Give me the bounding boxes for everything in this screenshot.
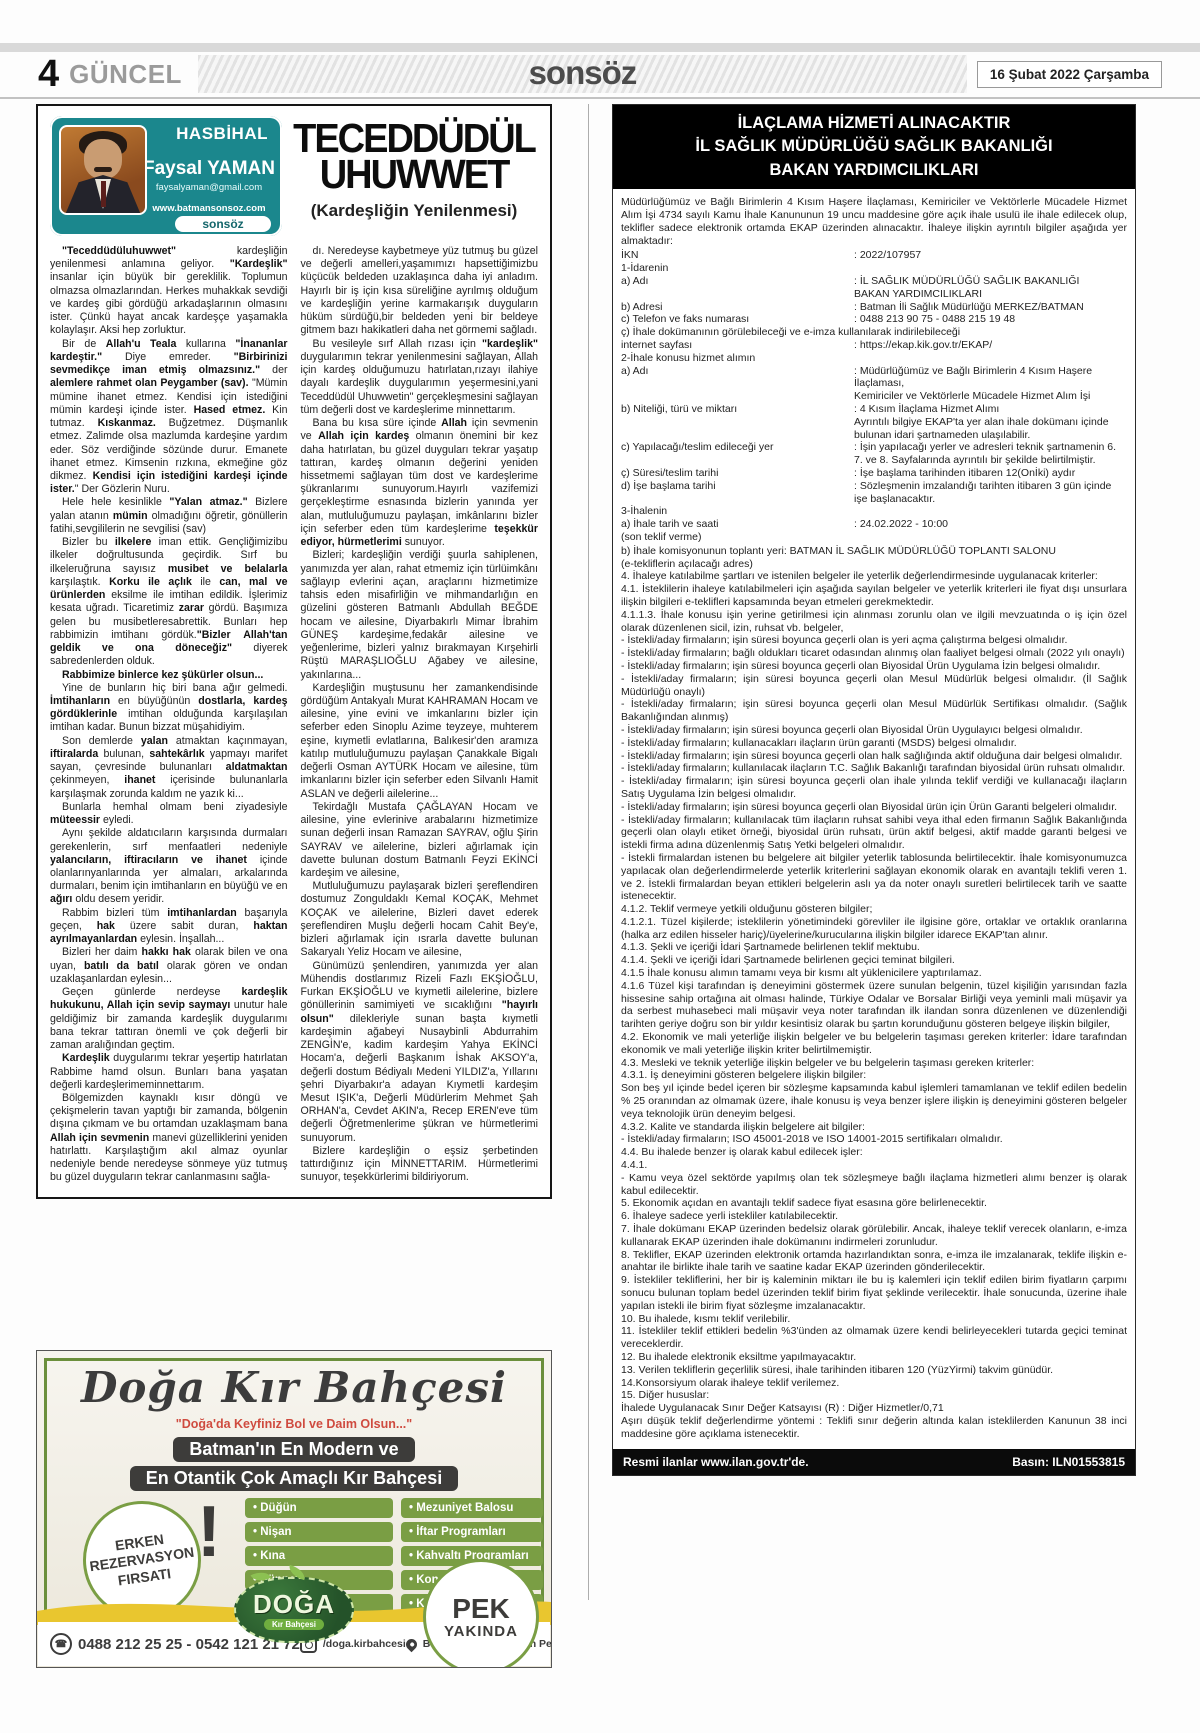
article-paragraph: Bu vesileyle sırf Allah rızası için "kar… xyxy=(301,338,539,417)
info-value: : https://ekap.kik.gov.tr/EKAP/ xyxy=(854,339,1127,352)
article-paragraph: Tekirdağlı Mustafa ÇAĞLAYAN Hocam ve ail… xyxy=(301,801,539,880)
author-card: HASBİHAL Faysal YAMAN faysalyaman@gmail.… xyxy=(50,116,282,236)
announcement-clause: 4.1.4. Şekli ve içeriği İdari Şartnamede… xyxy=(621,954,1127,967)
announcement-clause: - İstekli/aday firmaların; işin süresi b… xyxy=(621,634,1127,647)
info-value: : Müdürlüğümüz ve Bağlı Birimlerin 4 Kıs… xyxy=(854,365,1127,403)
logo-subtext: Kır Bahçesi xyxy=(264,1619,324,1630)
info-label: a) Adı xyxy=(621,365,854,403)
announcement-clause: 6. İhaleye sadece yerli istekliler katıl… xyxy=(621,1210,1127,1223)
info-label: ç) İhale dokümanının görülebileceği ve e… xyxy=(621,326,1044,339)
masthead-hatch-band: sonsöz xyxy=(198,55,967,93)
article-paragraph: Bir de Allah'u Teala kullarına "İnananla… xyxy=(50,338,288,497)
announcement-clause: 4.2. Ekonomik ve mali yeterliğe ilişkin … xyxy=(621,1031,1127,1057)
info-row: c) Yapılacağı/teslim edileceği yer : İşi… xyxy=(621,441,1127,467)
service-pill: Düğün xyxy=(245,1498,393,1518)
phone-icon: ☎ xyxy=(50,1633,72,1655)
info-value xyxy=(898,262,1127,275)
announcement-clause: - İstekli/aday firmaların; kullanılacak … xyxy=(621,762,1127,775)
announcement-clause: - İstekli/aday firmaların; işin süresi b… xyxy=(621,698,1127,724)
announcement-clause: 12. Bu ihalede elektronik eksiltme yapıl… xyxy=(621,1351,1127,1364)
info-value: : İşin yapılacağı yerler ve adresleri te… xyxy=(854,441,1127,467)
logo-text: DOĞA xyxy=(253,1591,335,1617)
announcement-clause: 4.1.2.1. Tüzel kişilerde; isteklilerin y… xyxy=(621,916,1127,942)
announcement-clause: 13. Verilen tekliflerin geçerlilik süres… xyxy=(621,1364,1127,1377)
article-paragraph: Bizleri her daim hakkı hak olarak bilen … xyxy=(50,946,288,986)
column-divider xyxy=(588,104,589,1600)
info-label: 1-İdarenin xyxy=(621,262,898,275)
soon-line1: PEK xyxy=(452,1595,510,1623)
article-paragraph: Kardeşlik duygularımı tekrar yeşertip ha… xyxy=(50,1052,288,1092)
soon-line2: YAKINDA xyxy=(444,1623,518,1640)
info-row: 3-İhalenin xyxy=(621,505,1127,518)
info-value: : Sözleşmenin imzalandığı tarihten itiba… xyxy=(854,480,1127,506)
instagram-handle: /doga.kirbahcesi xyxy=(323,1638,406,1650)
announcement-title-line3: BAKAN YARDIMCILIKLARI xyxy=(617,159,1131,182)
article-paragraph: dı. Neredeyse kaybetmeye yüz tutmuş bu g… xyxy=(301,245,539,338)
article-paragraph: Kardeşliğin muştusunu her zamankendisind… xyxy=(301,682,539,801)
article-body: "Teceddüdüluhuwwet" kardeşliğin yenilenm… xyxy=(50,245,538,1185)
info-label: (son teklif verme) xyxy=(621,531,914,544)
info-value: : Batman İli Sağlık Müdürlüğü MERKEZ/BAT… xyxy=(854,301,1127,314)
info-label: a) Adı xyxy=(621,275,854,301)
article-paragraph: Rabbim bizleri tüm imtihanlardan başarıy… xyxy=(50,907,288,947)
announcement-clause: - Kamu veya özel sektörde yapılmış olan … xyxy=(621,1172,1127,1198)
info-row: (son teklif verme) xyxy=(621,531,1127,544)
info-label: c) Yapılacağı/teslim edileceği yer xyxy=(621,441,854,467)
announcement-footer: Resmi ilanlar www.ilan.gov.tr'de. Basın:… xyxy=(613,1449,1135,1475)
announcement-info-table: İKN : 2022/107957 1-İdarenin a) Adı : İL… xyxy=(621,249,1127,543)
announcement-clause: 8. Teklifler, EKAP üzerinden elektronik … xyxy=(621,1249,1127,1275)
info-label: d) İşe başlama tarihi xyxy=(621,480,854,506)
ad-badge-line2: En Otantik Çok Amaçlı Kır Bahçesi xyxy=(130,1466,458,1491)
info-row: c) Telefon ve faks numarası : 0488 213 9… xyxy=(621,313,1127,326)
article-paragraph: Bizler bu ilkelere iman ettik. Gençliğim… xyxy=(50,536,288,668)
info-row: d) İşe başlama tarihi : Sözleşmenin imza… xyxy=(621,480,1127,506)
announcement-clause: b) İhale komisyonunun toplantı yeri: BAT… xyxy=(621,545,1127,558)
announcement-clause: - İstekli/aday firmaların; işin süresi b… xyxy=(621,775,1127,801)
issue-date: 16 Şubat 2022 Çarşamba xyxy=(977,61,1162,88)
info-value xyxy=(897,505,1127,518)
announcement-title-line2: İL SAĞLIK MÜDÜRLÜĞÜ SAĞLIK BAKANLIĞI xyxy=(617,135,1131,158)
info-value: : 0488 213 90 75 - 0488 215 19 48 xyxy=(854,313,1127,326)
doga-logo: DOĞA Kır Bahçesi xyxy=(234,1577,354,1643)
article-paragraph: Geçen günlerde nerdeyse kardeşlik hukuku… xyxy=(50,986,288,1052)
ad-badges: Batman'ın En Modern ve En Otantik Çok Am… xyxy=(37,1437,551,1491)
announcement-clause: Son beş yıl içinde bedel içeren bir sözl… xyxy=(621,1082,1127,1120)
announcement-clause: 15. Diğer hususlar: xyxy=(621,1389,1127,1402)
info-row: a) İhale tarih ve saati : 24.02.2022 - 1… xyxy=(621,518,1127,531)
announcement-clause: 4.3.1. İş deneyimini gösteren belgelere … xyxy=(621,1069,1127,1082)
service-pill: Nişan xyxy=(245,1522,393,1542)
author-name: Faysal YAMAN xyxy=(136,158,282,180)
announcement-clause: 4.4. Bu ihalede benzer iş olarak kabul e… xyxy=(621,1146,1127,1159)
masthead: 4 GÜNCEL sonsöz 16 Şubat 2022 Çarşamba xyxy=(38,55,1162,93)
article-paragraph: Günümüzü şenlendiren, yanımızda yer alan… xyxy=(301,960,539,1145)
announcement-title-line1: İLAÇLAMA HİZMETİ ALINACAKTIR xyxy=(617,112,1131,135)
announcement-clause: - İstekli/aday firmaların; işin süresi b… xyxy=(621,724,1127,737)
announcement-clause: 4.3. Mesleki ve teknik yeterliğe ilişkin… xyxy=(621,1057,1127,1070)
article-paragraph: "Teceddüdüluhuwwet" kardeşliğin yenilenm… xyxy=(50,245,288,338)
section-name: GÜNCEL xyxy=(69,59,182,90)
header-rule xyxy=(0,97,1200,99)
announcement-clause: - İstekli/aday firmaların; bağlı oldukla… xyxy=(621,647,1127,660)
announcement-title: İLAÇLAMA HİZMETİ ALINACAKTIR İL SAĞLIK M… xyxy=(613,105,1135,189)
info-row: internet sayfası : https://ekap.kik.gov.… xyxy=(621,339,1127,352)
announcement-clause: 4.1.5 İhale konusu alımın tamamı veya bi… xyxy=(621,967,1127,980)
announcement-clause: 4.1. İsteklilerin ihaleye katılabilmeler… xyxy=(621,583,1127,609)
article-paragraph: Mutluluğumuzu paylaşarak bizleri şerefle… xyxy=(301,880,539,959)
info-label: b) Niteliği, türü ve miktarı xyxy=(621,403,854,441)
announcement-clause: 10. Bu ihalede, kısmı teklif verilebilir… xyxy=(621,1313,1127,1326)
info-row: a) Adı : Müdürlüğümüz ve Bağlı Birimleri… xyxy=(621,365,1127,403)
info-value: : 24.02.2022 - 10:00 xyxy=(854,518,1127,531)
exclamation-mark: ! xyxy=(197,1491,221,1573)
advertisement-doga-kir-bahcesi: Doğa Kır Bahçesi "Doğa'da Keyfiniz Bol v… xyxy=(36,1350,552,1668)
info-label: b) Adresi xyxy=(621,301,854,314)
info-row: 2-İhale konusu hizmet alımın xyxy=(621,352,1127,365)
location-pin-icon xyxy=(403,1636,419,1652)
info-label: İKN xyxy=(621,249,854,262)
info-value xyxy=(941,352,1127,365)
info-label: internet sayfası xyxy=(621,339,854,352)
announcement-clause: 9. İstekliler tekliflerini, her bir iş k… xyxy=(621,1274,1127,1312)
page-edge-strip xyxy=(0,43,1200,52)
service-pill: Mezuniyet Balosu xyxy=(401,1498,543,1518)
official-ads-note: Resmi ilanlar www.ilan.gov.tr'de. xyxy=(623,1455,809,1469)
article-paragraph: Bizlere kardeşliğin o eşsiz şerbetinden … xyxy=(301,1145,539,1185)
article-paragraph: Son demlerde yalan atmaktan kaçınmayan, … xyxy=(50,735,288,801)
info-row: ç) Süresi/teslim tarihi : İşe başlama ta… xyxy=(621,467,1127,480)
announcement-clause: - İstekli/aday firmaların; işin süresi b… xyxy=(621,660,1127,673)
info-row: ç) İhale dokümanının görülebileceği ve e… xyxy=(621,326,1127,339)
tender-announcement: İLAÇLAMA HİZMETİ ALINACAKTIR İL SAĞLIK M… xyxy=(612,104,1136,1476)
info-value: : İşe başlama tarihinden itibaren 12(Onİ… xyxy=(854,467,1127,480)
service-pill: Kına xyxy=(245,1546,393,1566)
info-label: 2-İhale konusu hizmet alımın xyxy=(621,352,941,365)
article-paragraph: Hele hele kesinlikle "Yalan atmaz." Bizl… xyxy=(50,496,288,536)
announcement-clause: - İstekli/aday firmaların; kullanacaklar… xyxy=(621,737,1127,750)
info-value: : 4 Kısım İlaçlama Hizmet Alımı Ayrıntıl… xyxy=(854,403,1127,441)
press-reference: Basın: ILN01553815 xyxy=(1012,1455,1125,1469)
info-value: : 2022/107957 xyxy=(854,249,1127,262)
article-paragraph: Bizleri; kardeşliğin verdiği şuurla sahi… xyxy=(301,549,539,681)
announcement-clause: Aşırı düşük teklif değerlendirme yöntemi… xyxy=(621,1415,1127,1441)
headline-subtitle: (Kardeşliğin Yenilenmesi) xyxy=(290,201,538,221)
announcement-clause: 7. İhale dokümanı EKAP üzerinden bedelsi… xyxy=(621,1223,1127,1249)
info-label: ç) Süresi/teslim tarihi xyxy=(621,467,854,480)
announcement-clause: - İstekli/aday firmaların; ISO 45001-201… xyxy=(621,1133,1127,1146)
newspaper-brand-small: sonsöz xyxy=(175,216,271,232)
info-label: 3-İhalenin xyxy=(621,505,897,518)
announcement-clause: 4.1.3. Şekli ve içeriği İdari Şartnamede… xyxy=(621,941,1127,954)
announcement-clause: 4.1.1.3. İhale konusu işin yerine getiri… xyxy=(621,609,1127,635)
announcement-clause: 4.1.6 Tüzel kişi tarafından iş deneyimin… xyxy=(621,980,1127,1031)
announcement-clause: - İstekli/aday firmaların; kullanılacak … xyxy=(621,814,1127,852)
announcement-clause: - İstekli firmalardan istenen bu belgele… xyxy=(621,852,1127,903)
info-value xyxy=(1044,326,1127,339)
author-photo xyxy=(59,125,147,215)
ad-badge-line1: Batman'ın En Modern ve xyxy=(173,1437,414,1462)
info-row: 1-İdarenin xyxy=(621,262,1127,275)
info-row: b) Adresi : Batman İli Sağlık Müdürlüğü … xyxy=(621,301,1127,314)
announcement-body: Müdürlüğümüz ve Bağlı Birimlerin 4 Kısım… xyxy=(613,189,1135,1448)
announcement-clause: 4.4.1. xyxy=(621,1159,1127,1172)
service-pill: İftar Programları xyxy=(401,1522,543,1542)
article-paragraph: Yine de bunların hiç biri bana ağır gelm… xyxy=(50,682,288,735)
page-number: 4 xyxy=(38,55,59,93)
author-email: faysalyaman@gmail.com xyxy=(136,182,282,193)
newspaper-website: www.batmansonsoz.com xyxy=(136,203,282,214)
headline-line2: UHUWWET xyxy=(290,156,538,195)
announcement-clause: 4. İhaleye katılabilme şartları ve isten… xyxy=(621,570,1127,583)
article-paragraph: Bölgemizden kaynaklı kısır döngü ve çeki… xyxy=(50,1092,288,1185)
info-label: c) Telefon ve faks numarası xyxy=(621,313,854,326)
article-headline: TECEDDÜDÜL UHUWWET (Kardeşliğin Yenilenm… xyxy=(290,116,538,236)
info-row: İKN : 2022/107957 xyxy=(621,249,1127,262)
article-paragraph: Bunlarla hemhal olmam beni ziyadesiyle m… xyxy=(50,801,288,827)
opinion-article: HASBİHAL Faysal YAMAN faysalyaman@gmail.… xyxy=(36,104,552,1199)
announcement-clause: - İstekli/aday firmaların; işin süresi b… xyxy=(621,673,1127,699)
announcement-clause: 14.Konsorsiyum olarak ihaleye teklif ver… xyxy=(621,1377,1127,1390)
article-paragraph: Bana bu kısa süre içinde Allah için sevm… xyxy=(301,417,539,549)
announcement-clauses: b) İhale komisyonunun toplantı yeri: BAT… xyxy=(621,545,1127,1441)
announcement-clause: 4.1.2. Teklif vermeye yetkili olduğunu g… xyxy=(621,903,1127,916)
announcement-clause: (e-tekliflerin açılacağı adres) xyxy=(621,558,1127,571)
announcement-clause: 5. Ekonomik açıdan en avantajlı teklif s… xyxy=(621,1197,1127,1210)
announcement-intro: Müdürlüğümüz ve Bağlı Birimlerin 4 Kısım… xyxy=(621,196,1127,247)
info-value xyxy=(914,531,1127,544)
announcement-clause: - İstekli/aday firmaların; işin süresi b… xyxy=(621,750,1127,763)
ad-title: Doğa Kır Bahçesi xyxy=(37,1363,551,1412)
info-value: : İL SAĞLIK MÜDÜRLÜĞÜ SAĞLIK BAKANLIĞI B… xyxy=(854,275,1127,301)
announcement-clause: 4.3.2. Kalite ve standarda ilişkin belge… xyxy=(621,1121,1127,1134)
info-row: b) Niteliği, türü ve miktarı : 4 Kısım İ… xyxy=(621,403,1127,441)
announcement-clause: 11. İstekliler teklif ettikleri bedelin … xyxy=(621,1325,1127,1351)
ad-slogan: "Doğa'da Keyfiniz Bol ve Daim Olsun..." xyxy=(37,1417,551,1431)
info-label: a) İhale tarih ve saati xyxy=(621,518,854,531)
article-paragraph: Rabbimize binlerce kez şükürler olsun... xyxy=(50,669,288,682)
article-paragraph: Aynı şekilde aldatıcıların karşısında du… xyxy=(50,827,288,906)
announcement-clause: İhalede Uygulanacak Sınır Değer Katsayıs… xyxy=(621,1402,1127,1415)
newspaper-logo: sonsöz xyxy=(529,54,637,92)
info-row: a) Adı : İL SAĞLIK MÜDÜRLÜĞÜ SAĞLIK BAKA… xyxy=(621,275,1127,301)
coming-soon-circle: PEK YAKINDA xyxy=(423,1559,539,1668)
announcement-clause: - İstekli/aday firmaların; işin süresi b… xyxy=(621,801,1127,814)
